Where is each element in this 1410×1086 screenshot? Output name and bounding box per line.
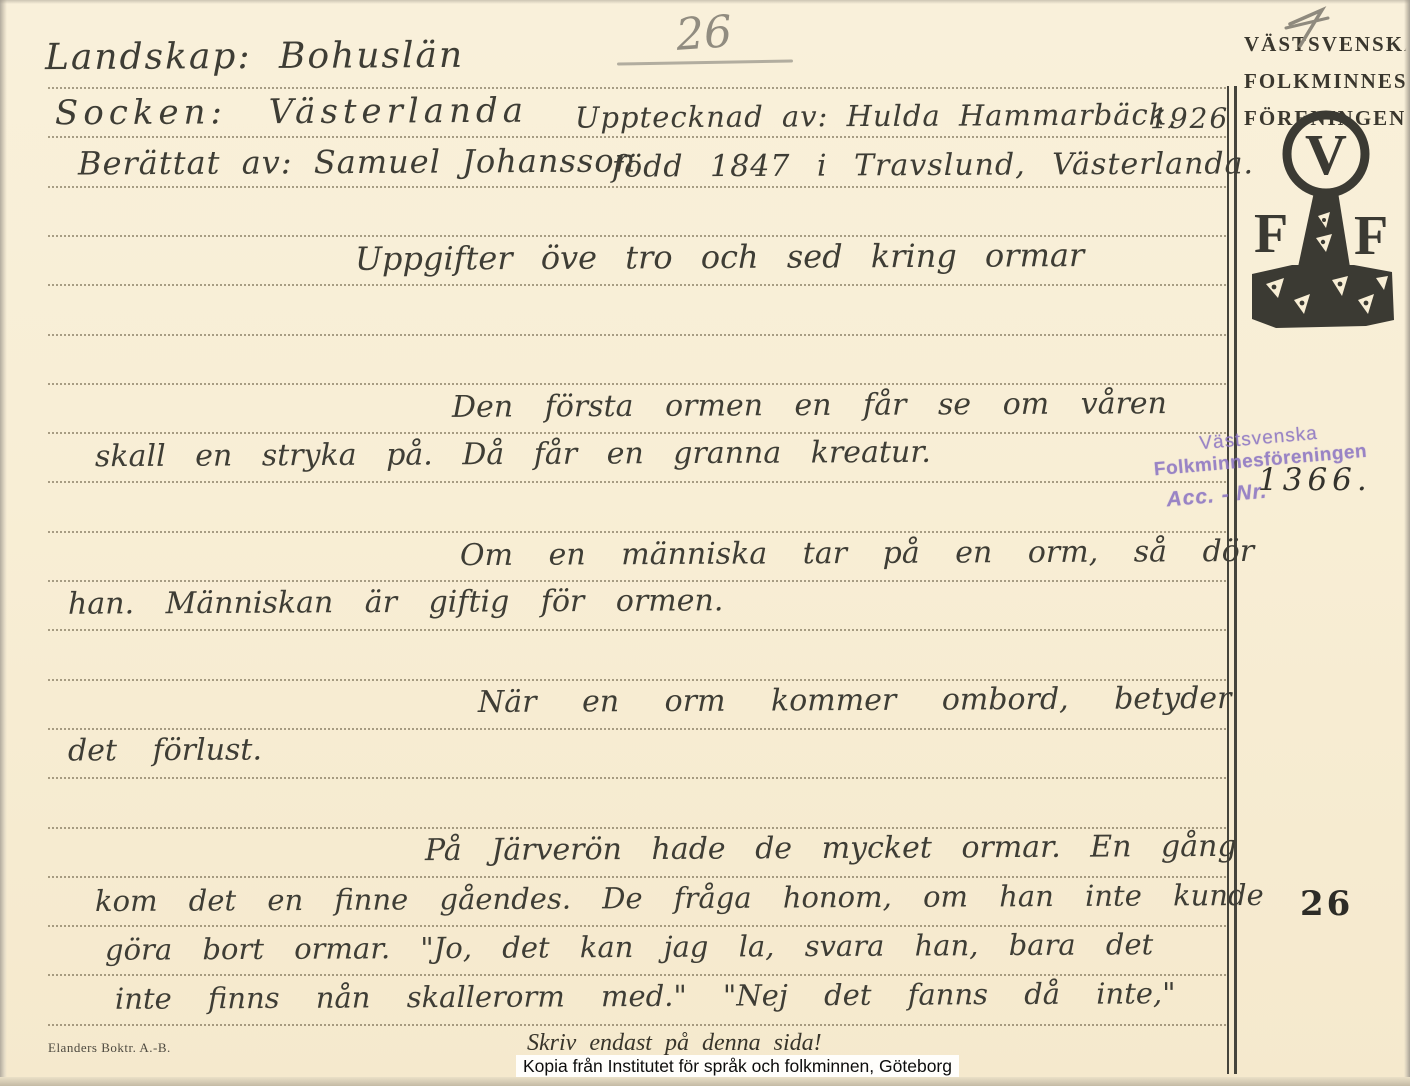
field-berattat-av: Berättat av: Samuel Johansson <box>78 142 636 183</box>
manuscript-line: När en orm kommer ombord, betyder <box>478 681 1232 720</box>
pencil-scribble-mark <box>1284 2 1340 52</box>
write-only-this-side-instruction: Skriv endast på denna sida! <box>527 1030 822 1057</box>
manuscript-line: skall en stryka på. Då får en granna kre… <box>95 435 931 474</box>
manuscript-line: det förlust. <box>68 732 262 768</box>
ruled-line <box>48 827 1226 829</box>
field-year: 1926 <box>1150 102 1229 135</box>
manuscript-line: På Järverön hade de mycket ormar. En gån… <box>425 829 1237 868</box>
archive-card-scan: Landskap: Bohuslän Socken: Västerlanda U… <box>0 0 1410 1086</box>
ruled-line <box>48 284 1226 286</box>
thors-hammer-logo-icon: V F F <box>1246 104 1396 339</box>
scan-edge <box>0 0 7 1086</box>
svg-text:V: V <box>1305 122 1347 187</box>
ruled-line <box>48 1024 1226 1026</box>
pencil-page-number: 26 <box>674 6 733 61</box>
manuscript-line: Den första ormen en får se om våren <box>452 386 1167 425</box>
manuscript-line: han. Människan är giftig för ormen. <box>68 583 724 621</box>
column-divider-line <box>1234 86 1237 1074</box>
ruled-line <box>48 876 1226 878</box>
manuscript-line: Om en människa tar på en orm, så dör <box>460 534 1254 573</box>
ruled-line <box>48 481 1226 483</box>
field-landskap: Landskap: Bohuslän <box>45 35 464 78</box>
manuscript-title: Uppgifter öve tro och sed kring ormar <box>355 236 1084 278</box>
organization-name-line: FOLKMINNES- <box>1244 63 1404 100</box>
ruled-line <box>48 728 1226 730</box>
ruled-line <box>48 629 1226 631</box>
ruled-line <box>48 777 1226 779</box>
ruled-line <box>48 925 1226 927</box>
accession-number: 1366. <box>1258 462 1372 498</box>
manuscript-line: inte finns nån skallerorm med." "Nej det… <box>115 976 1176 1016</box>
svg-text:F: F <box>1354 205 1388 267</box>
column-divider-line <box>1227 86 1229 1074</box>
field-fodd: född 1847 i Travslund, Västerlanda. <box>612 146 1254 184</box>
field-socken: Socken: Västerlanda <box>55 91 528 133</box>
scan-edge <box>1404 0 1410 1086</box>
ruled-line <box>48 679 1226 681</box>
copy-provenance-notice: Kopia från Institutet för språk och folk… <box>516 1055 959 1079</box>
ruled-line <box>48 383 1226 385</box>
printed-page-number: 26 <box>1300 884 1353 924</box>
ruled-line <box>48 334 1226 336</box>
scan-edge <box>0 1077 1410 1086</box>
manuscript-line: kom det en finne gåendes. De fråga honom… <box>95 878 1264 918</box>
printer-credit: Elanders Boktr. A.-B. <box>48 1040 171 1056</box>
ruled-line <box>48 186 1226 188</box>
ruled-line <box>48 432 1226 434</box>
manuscript-line: göra bort ormar. "Jo, det kan jag la, sv… <box>105 927 1153 966</box>
svg-text:F: F <box>1254 203 1288 265</box>
ruled-line <box>48 580 1226 582</box>
pencil-underline-stroke <box>617 59 793 65</box>
ruled-line <box>48 531 1226 533</box>
scan-edge <box>0 0 1410 4</box>
field-upptecknad-av: Upptecknad av: Hulda Hammarbäck, <box>575 97 1178 134</box>
ruled-line <box>48 87 1226 89</box>
ruled-line <box>48 136 1226 138</box>
